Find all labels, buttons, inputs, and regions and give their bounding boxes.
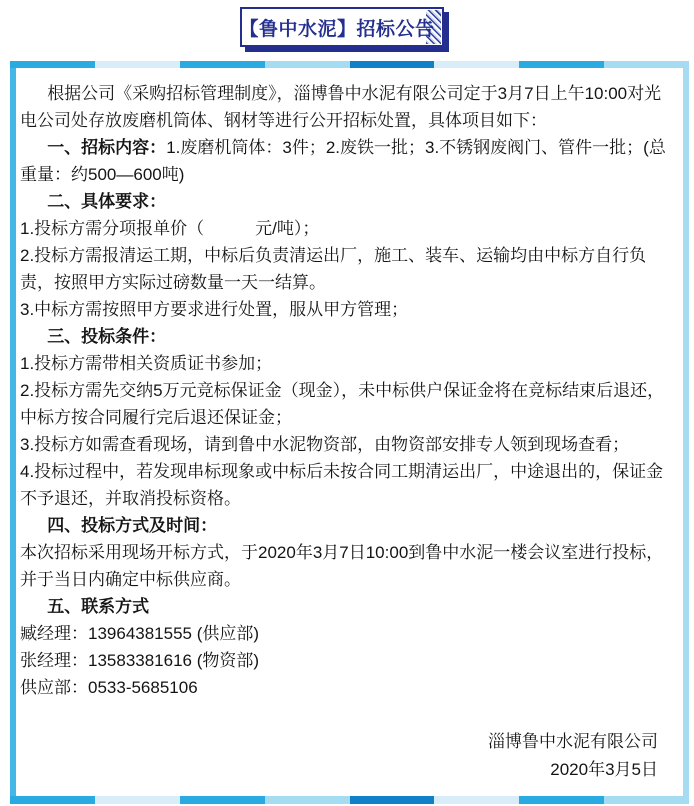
section3-item-2: 2.投标方需先交纳5万元竞标保证金（现金），未中标供户保证金将在竞标结束后退还，…	[20, 377, 674, 431]
section3-item-1: 1.投标方需带相关资质证书参加；	[20, 350, 674, 377]
border-segment	[604, 796, 689, 804]
section2-item-1: 1.投标方需分项报单价（ 元/吨）；	[20, 215, 674, 242]
section3-item-3: 3.投标方如需查看现场，请到鲁中水泥物资部，由物资部安排专人领到现场查看；	[20, 431, 674, 458]
signature-company: 淄博鲁中水泥有限公司	[20, 728, 658, 756]
border-segment	[10, 61, 95, 68]
section4-heading: 四、投标方式及时间：	[20, 512, 674, 539]
border-segment	[434, 61, 519, 68]
border-segment	[519, 796, 604, 804]
section3-heading: 三、投标条件：	[20, 323, 674, 350]
border-segment	[10, 796, 95, 804]
frame-middle: 根据公司《采购招标管理制度》，淄博鲁中水泥有限公司定于3月7日上午10:00对光…	[10, 68, 689, 796]
border-segment	[95, 796, 180, 804]
frame-border-bottom	[10, 796, 689, 804]
border-segment	[180, 61, 265, 68]
signature-date: 2020年3月5日	[20, 756, 658, 784]
section2-item-3: 3.中标方需按照甲方要求进行处置，服从甲方管理；	[20, 296, 674, 323]
contact-line-3: 供应部：0533-5685106	[20, 674, 674, 701]
contact-line-2: 张经理：13583381616 (物资部)	[20, 647, 674, 674]
title-banner: 【鲁中水泥】招标公告	[240, 7, 444, 47]
border-segment	[350, 61, 435, 68]
border-segment	[95, 61, 180, 68]
contact-line-1: 臧经理：13964381555 (供应部)	[20, 620, 674, 647]
page-title: 【鲁中水泥】招标公告	[240, 14, 435, 41]
border-segment	[434, 796, 519, 804]
border-segment	[180, 796, 265, 804]
border-segment	[519, 61, 604, 68]
section2-item-2: 2.投标方需报清运工期，中标后负责清运出厂，施工、装车、运输均由中标方自行负责，…	[20, 242, 674, 296]
notice-body: 根据公司《采购招标管理制度》，淄博鲁中水泥有限公司定于3月7日上午10:00对光…	[16, 68, 683, 796]
border-segment	[604, 61, 689, 68]
border-segment	[265, 796, 350, 804]
frame-border-top	[10, 61, 689, 68]
frame-border-right	[683, 68, 689, 796]
intro-paragraph: 根据公司《采购招标管理制度》，淄博鲁中水泥有限公司定于3月7日上午10:00对光…	[20, 80, 674, 134]
content-frame: 根据公司《采购招标管理制度》，淄博鲁中水泥有限公司定于3月7日上午10:00对光…	[10, 61, 689, 804]
section4-body: 本次招标采用现场开标方式，于2020年3月7日10:00到鲁中水泥一楼会议室进行…	[20, 539, 674, 593]
section1-heading: 一、招标内容：	[47, 138, 166, 157]
section2-heading: 二、具体要求：	[20, 188, 674, 215]
border-segment	[265, 61, 350, 68]
section1-paragraph: 一、招标内容：1.废磨机筒体：3件；2.废铁一批；3.不锈钢废阀门、管件一批；(…	[20, 134, 674, 188]
section3-item-4: 4.投标过程中，若发现串标现象或中标后未按合同工期清运出厂，中途退出的，保证金不…	[20, 458, 674, 512]
signature-block: 淄博鲁中水泥有限公司 2020年3月5日	[20, 728, 674, 784]
section5-heading: 五、联系方式	[20, 593, 674, 620]
border-segment	[350, 796, 435, 804]
